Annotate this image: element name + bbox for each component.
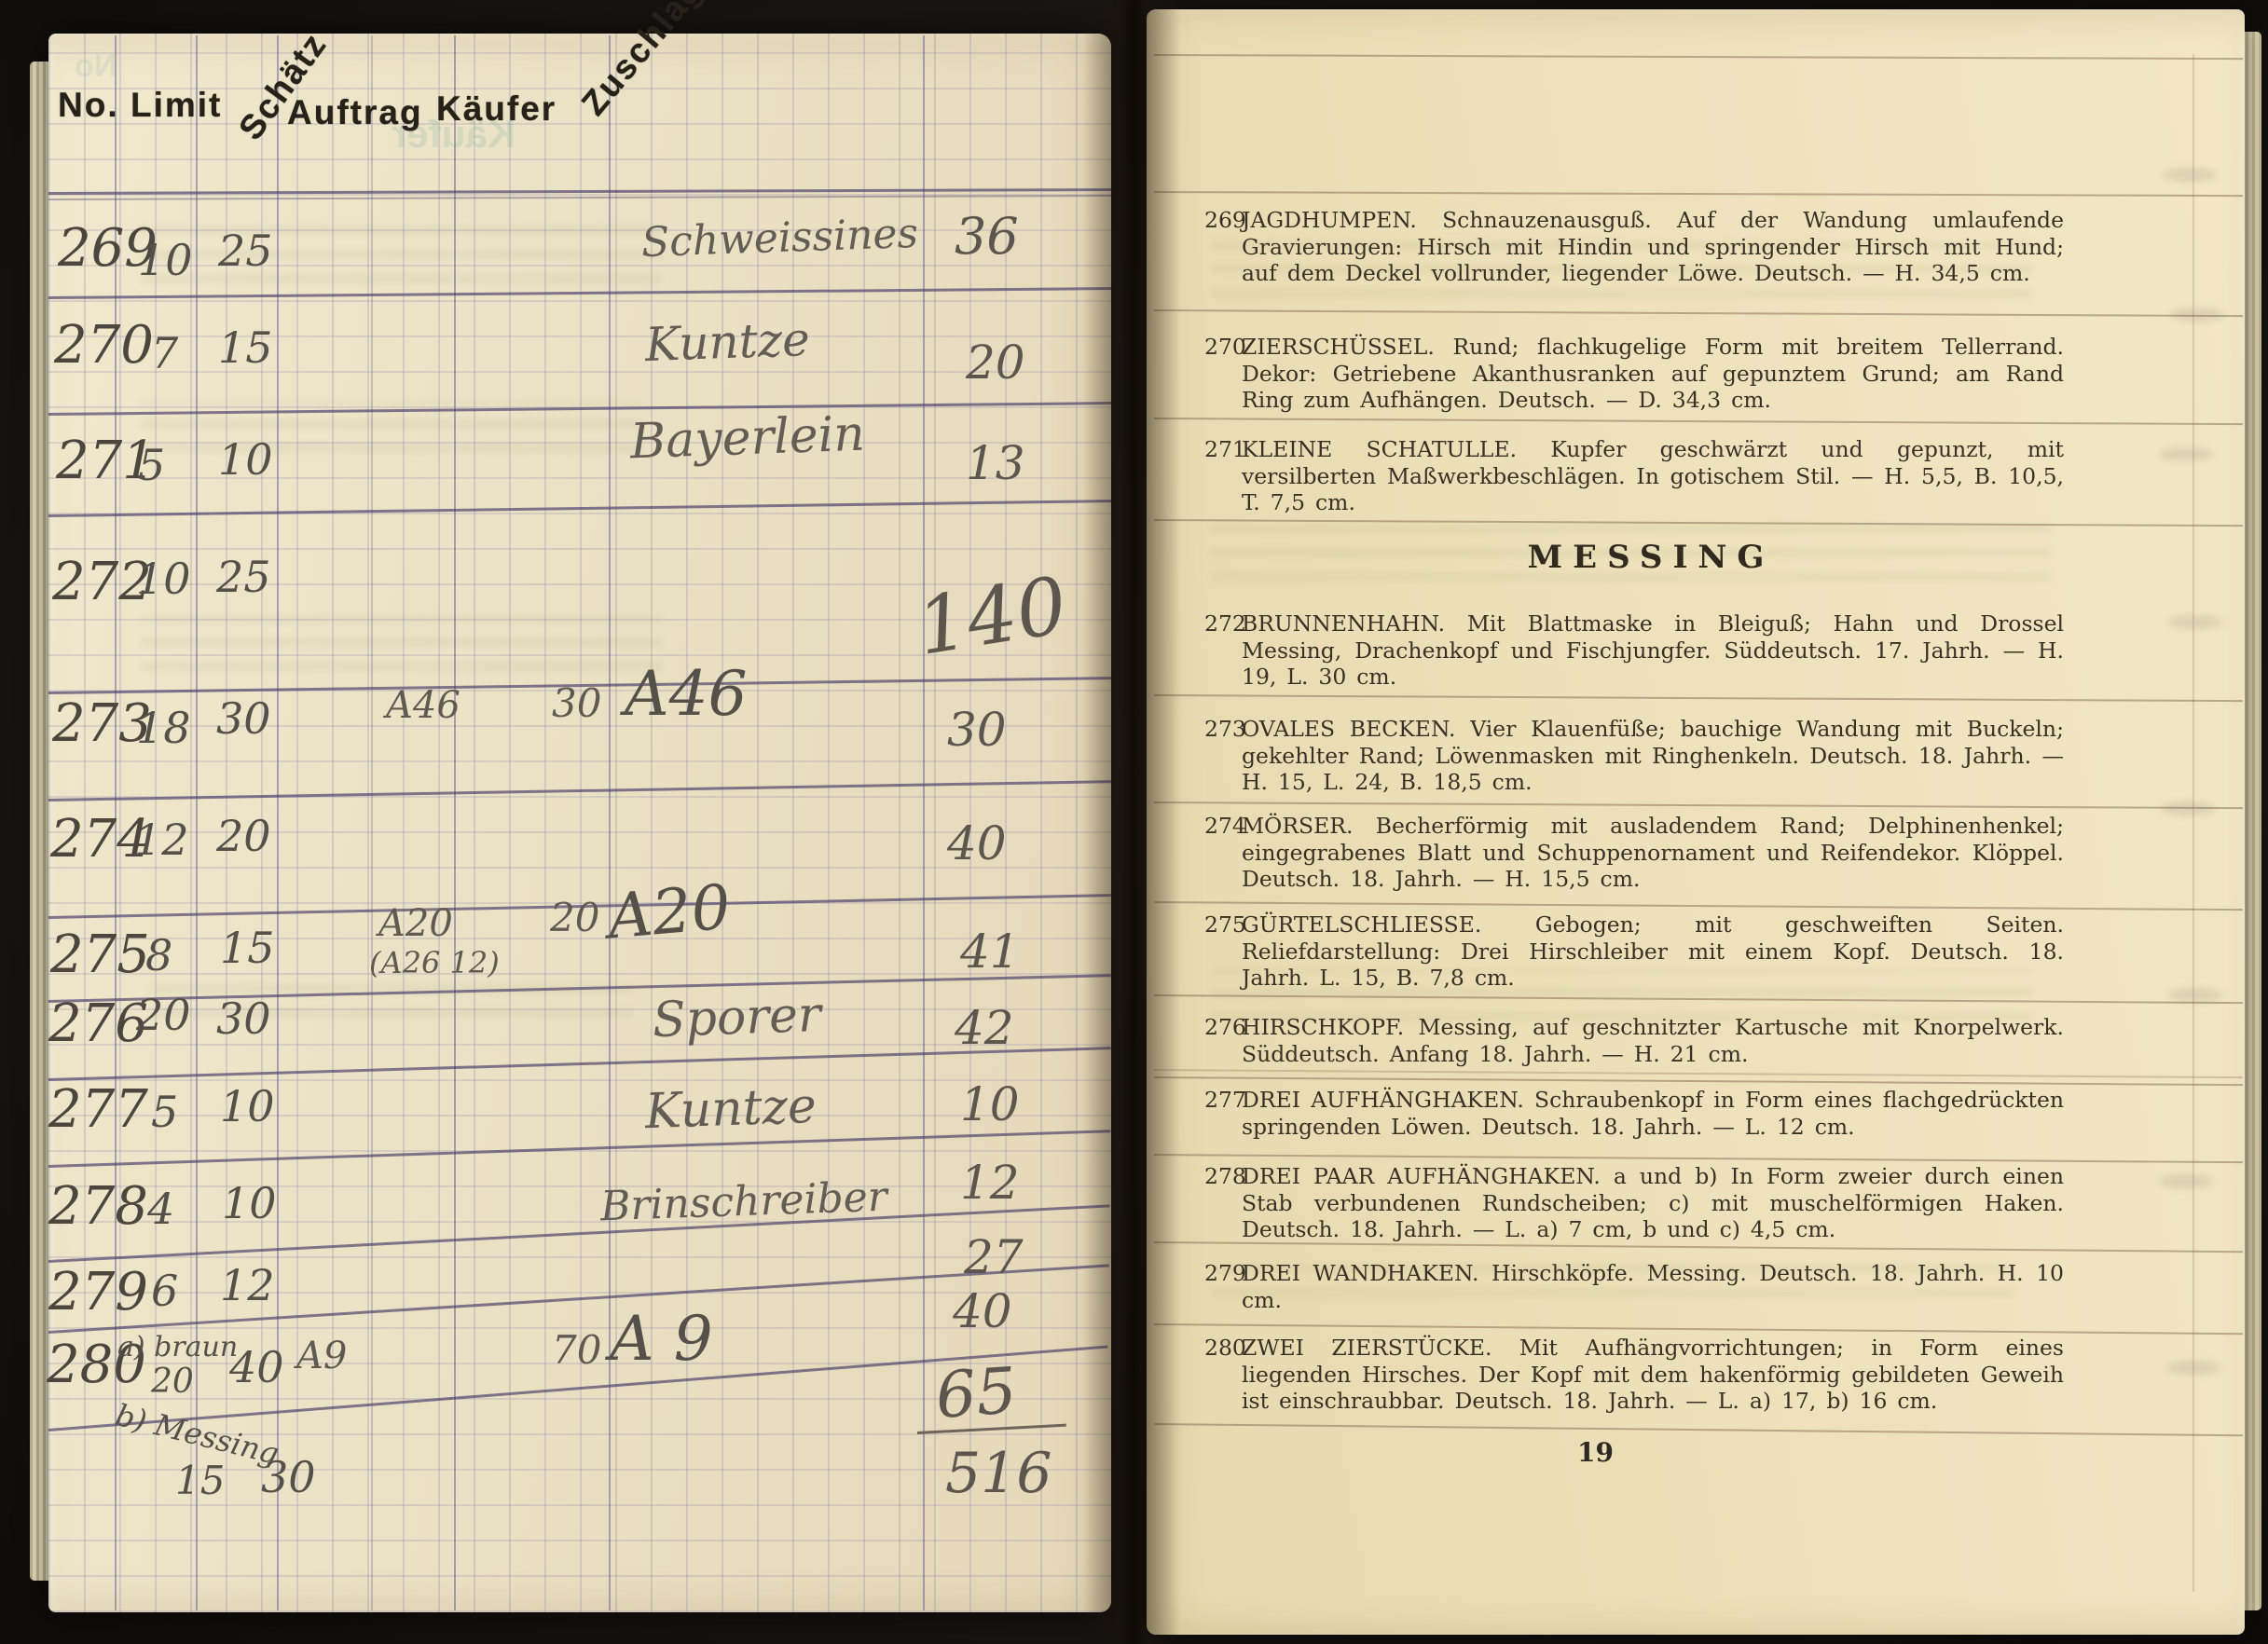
header-limit: Limit xyxy=(131,86,222,125)
show-through-scribble xyxy=(2161,801,2215,815)
catalog-entry: 279 DREI WANDHAKEN. Hirschköpfe. Messing… xyxy=(1204,1260,2066,1313)
book-gutter-shadow xyxy=(1083,0,1180,1644)
limit-value: 8 xyxy=(145,930,172,980)
catalog-entry: 278 DREI PAAR AUFHÄNGHAKEN. a und b) In … xyxy=(1204,1163,2066,1243)
limit-value: 4 xyxy=(147,1184,174,1234)
catalog-entry: 270 ZIERSCHÜSSEL. Rund; flachkugelige Fo… xyxy=(1204,334,2066,414)
lot-number: 279 xyxy=(48,1262,148,1322)
column-rule xyxy=(923,35,925,1610)
hammer-price-crossed: 27 xyxy=(964,1230,1024,1284)
estimate-value: 10 xyxy=(222,1178,277,1228)
limit-value: 20 xyxy=(151,1363,194,1401)
catalog-entry: 271 KLEINE SCHATULLE. Kupfer geschwärzt … xyxy=(1204,436,2066,516)
order-note-2: (A26 12) xyxy=(369,945,500,980)
entry-number: 270 xyxy=(1204,334,1246,361)
order-bid: 30 xyxy=(552,680,601,726)
entry-number: 271 xyxy=(1204,436,1246,463)
entry-number: 276 xyxy=(1204,1014,1246,1041)
hammer-price: 30 xyxy=(947,703,1007,757)
show-through-scribble xyxy=(2163,168,2217,182)
estimate-value: 10 xyxy=(220,1081,275,1131)
order-bid: 70 xyxy=(552,1327,601,1373)
catalog-entry: 273 OVALES BECKEN. Vier Klauenfüße; bauc… xyxy=(1204,716,2066,796)
limit-value: 15 xyxy=(175,1458,225,1503)
entry-number: 277 xyxy=(1204,1087,1246,1114)
catalog-entry: 269 JAGDHUMPEN. Schnauzenausguß. Auf der… xyxy=(1204,207,2066,287)
buyer-name: Sporer xyxy=(652,987,822,1048)
show-through-scribble xyxy=(2168,988,2222,1002)
hammer-price: 36 xyxy=(955,207,1019,266)
limit-value: 6 xyxy=(151,1266,178,1316)
limit-value: 10 xyxy=(136,554,191,604)
show-through-smudge xyxy=(140,615,662,671)
lot-number: 275 xyxy=(50,925,150,985)
order-bid: 20 xyxy=(550,895,599,940)
limit-value: 7 xyxy=(151,328,178,378)
hammer-price: 13 xyxy=(966,436,1025,490)
column-rule xyxy=(196,35,198,1610)
limit-value: 20 xyxy=(136,990,191,1040)
section-header: MESSING xyxy=(1240,539,2062,576)
limit-value: 18 xyxy=(136,703,191,753)
hammer-price: 12 xyxy=(960,1156,1020,1210)
lot-number: 270 xyxy=(54,315,154,376)
limit-note-a: a) braun xyxy=(117,1331,238,1363)
entry-text: BRUNNENHAHN. Mit Blattmaske in Bleiguß; … xyxy=(1242,610,2064,691)
entry-text: DREI PAAR AUFHÄNGHAKEN. a und b) In Form… xyxy=(1242,1163,2064,1243)
hammer-price: 65 xyxy=(933,1354,1019,1433)
entry-text: OVALES BECKEN. Vier Klauenfüße; bauchige… xyxy=(1242,716,2064,796)
entry-text: ZWEI ZIERSTÜCKE. Mit Aufhängvorrichtunge… xyxy=(1242,1335,2064,1415)
limit-value: 5 xyxy=(138,440,165,490)
page-number: 19 xyxy=(1577,1437,1614,1468)
buyer-name: Kuntze xyxy=(644,312,811,372)
show-through-scribble xyxy=(2166,1361,2220,1375)
catalog-entry: 276 HIRSCHKOPF. Messing, auf geschnitzte… xyxy=(1204,1014,2066,1067)
header-auftrag: Auftrag xyxy=(287,93,423,132)
lot-number: 277 xyxy=(48,1079,148,1140)
hammer-price: 40 xyxy=(947,816,1007,870)
entry-text: DREI WANDHAKEN. Hirschköpfe. Messing. De… xyxy=(1242,1260,2064,1313)
estimate-value: 40 xyxy=(229,1342,284,1392)
estimate-value: 25 xyxy=(216,552,271,602)
entry-text: HIRSCHKOPF. Messing, auf geschnitzter Ka… xyxy=(1242,1014,2064,1067)
entry-number: 275 xyxy=(1204,911,1246,938)
buyer-order-mark: A20 xyxy=(605,870,734,952)
buyer-order-mark: A46 xyxy=(625,658,748,730)
catalog-entry: 277 DREI AUFHÄNGHAKEN. Schraubenkopf in … xyxy=(1204,1087,2066,1140)
show-through-scribble xyxy=(2170,308,2224,322)
open-auction-book-photo: Käufer No No. Limit Schätz Auftrag Käufe… xyxy=(0,0,2268,1644)
buyer-name: Brinschreiber xyxy=(599,1173,887,1231)
lot-number: 276 xyxy=(48,993,148,1054)
buyer-name: Bayerlein xyxy=(629,406,866,471)
show-through-scribble xyxy=(2168,615,2222,629)
catalog-entry: 274 MÖRSER. Becherförmig mit ausladendem… xyxy=(1204,813,2066,893)
show-through-scribble xyxy=(2159,1174,2213,1188)
page-total: 516 xyxy=(945,1441,1052,1506)
buyer-name: Kuntze xyxy=(644,1078,818,1140)
lot-number: 278 xyxy=(48,1176,148,1237)
hammer-price: 40 xyxy=(953,1284,1012,1338)
entry-number: 274 xyxy=(1204,813,1246,840)
hammer-price: 42 xyxy=(955,1001,1014,1055)
entry-text: GÜRTELSCHLIESSE. Gebogen; mit geschweift… xyxy=(1242,911,2064,992)
hammer-price: 20 xyxy=(966,336,1025,390)
entry-text: KLEINE SCHATULLE. Kupfer geschwärzt und … xyxy=(1242,436,2064,516)
limit-value: 5 xyxy=(151,1087,178,1137)
order-note: A46 xyxy=(386,684,460,727)
entry-text: ZIERSCHÜSSEL. Rund; flachkugelige Form m… xyxy=(1242,334,2064,414)
entry-number: 279 xyxy=(1204,1260,1246,1287)
hammer-price: 41 xyxy=(960,925,1020,979)
entry-text: DREI AUFHÄNGHAKEN. Schraubenkopf in Form… xyxy=(1242,1087,2064,1140)
show-through-text: No xyxy=(75,48,117,85)
limit-value: 12 xyxy=(134,815,189,865)
hammer-price: 10 xyxy=(960,1077,1020,1131)
buyer-order-mark: A 9 xyxy=(610,1303,713,1375)
estimate-value: 15 xyxy=(220,923,275,973)
order-note: A20 xyxy=(378,902,453,945)
entry-number: 272 xyxy=(1204,610,1246,637)
catalog-entry: 280 ZWEI ZIERSTÜCKE. Mit Aufhängvorricht… xyxy=(1204,1335,2066,1415)
estimate-value: 12 xyxy=(220,1260,275,1310)
buyer-name: Schweissines xyxy=(640,210,919,267)
header-no: No. xyxy=(58,86,119,125)
limit-value: 10 xyxy=(138,235,193,285)
estimate-value: 15 xyxy=(218,322,273,373)
entry-number: 269 xyxy=(1204,207,1246,234)
header-kaeufer: Käufer xyxy=(436,89,557,129)
estimate-value: 30 xyxy=(261,1452,316,1502)
column-rule xyxy=(454,35,456,1610)
entry-number: 273 xyxy=(1204,716,1246,743)
catalog-entry: 275 GÜRTELSCHLIESSE. Gebogen; mit geschw… xyxy=(1204,911,2066,992)
catalog-entry: 272 BRUNNENHAHN. Mit Blattmaske in Bleig… xyxy=(1204,610,2066,691)
order-note: A9 xyxy=(296,1335,347,1377)
estimate-value: 10 xyxy=(218,434,273,485)
estimate-value: 30 xyxy=(216,693,271,744)
estimate-value: 20 xyxy=(216,811,271,861)
entry-number: 278 xyxy=(1204,1163,1246,1190)
entry-number: 280 xyxy=(1204,1335,1246,1362)
entry-text: MÖRSER. Becherförmig mit ausladendem Ran… xyxy=(1242,813,2064,893)
estimate-value: 30 xyxy=(216,993,271,1044)
column-rule xyxy=(371,35,373,1610)
entry-text: JAGDHUMPEN. Schnauzenausguß. Auf der Wan… xyxy=(1242,207,2064,287)
estimate-value: 25 xyxy=(218,226,273,276)
show-through-scribble xyxy=(2159,447,2213,461)
